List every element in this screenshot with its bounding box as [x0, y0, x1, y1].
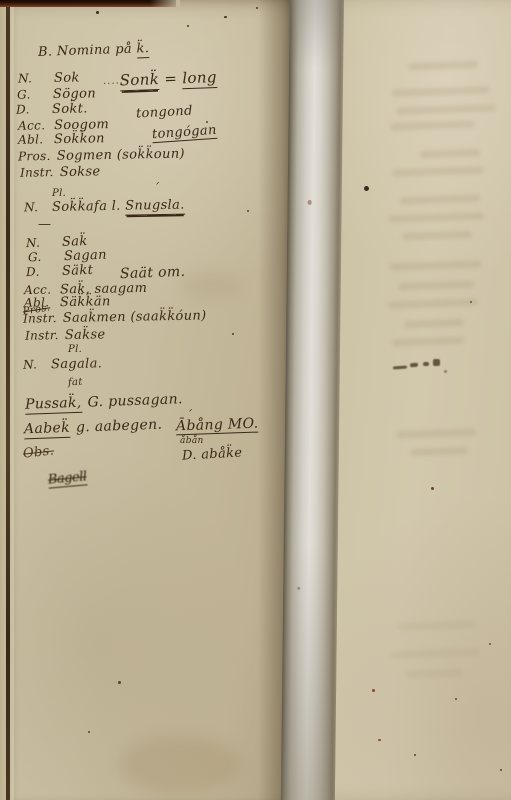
case-label: Pros. — [18, 150, 51, 163]
ink-showthrough-mark — [423, 362, 429, 366]
case-label: Acc. — [18, 119, 48, 132]
case-label: Acc. — [24, 284, 54, 297]
ink-speck — [256, 7, 258, 9]
margin-annotation: Ābång MO. — [176, 417, 259, 436]
interlinear-insertion: fat — [68, 378, 83, 389]
binding-cord-shading — [281, 0, 344, 800]
cord-spot — [308, 200, 312, 205]
gloss-word: Saät om. — [120, 265, 186, 281]
case-word: Säkt — [62, 263, 94, 279]
cord-spot — [297, 587, 300, 590]
ink-speck — [88, 731, 90, 733]
case-row: Abl.Sok̈k̈on — [18, 132, 105, 147]
margin-annotation-small: åbån — [180, 437, 204, 446]
manuscript-photo: B. Nomina på k̈. N.Sok G.Sögon D.Sok̈t. … — [0, 0, 511, 800]
case-label: D. — [26, 265, 56, 278]
case-row: Pros.Sogmen (sok̈k̈oun) — [18, 148, 185, 164]
foxing-spot — [489, 643, 491, 645]
cover-edge-band-fade — [150, 0, 180, 7]
note-text: G. pussagan. — [87, 391, 183, 410]
ink-speck — [247, 210, 249, 212]
note-headword: Pussak̈, — [25, 395, 82, 415]
case-word: Saak̈men (saak̈k̈óun) — [63, 308, 207, 326]
case-word: Sok̈t. — [52, 101, 88, 117]
foxing-spot — [500, 769, 502, 771]
ink-showthrough-mark — [444, 370, 447, 373]
case-row: N.Sok̈k̈afa l. Snugsla. — [24, 199, 185, 215]
foxing-spot — [470, 301, 472, 303]
case-label: Instr. — [20, 166, 54, 179]
case-word-underlined: Snugsla. — [125, 198, 185, 216]
gloss-leader-dots: .... — [103, 75, 120, 87]
ink-speck — [364, 186, 369, 191]
gloss-headword: Sonk̈ — [119, 70, 159, 91]
case-word: Sogmen (sok̈k̈oun) — [57, 147, 185, 164]
section-title-keyletter: k̈. — [136, 41, 149, 58]
foxing-spot — [431, 487, 434, 490]
case-label: N. — [26, 236, 56, 249]
foxing-spot — [378, 739, 381, 741]
case-row: Instr.Sak̈se — [25, 328, 106, 342]
case-label: D. — [16, 103, 46, 116]
case-row: G.Sagan — [28, 249, 107, 265]
foxing-spot — [455, 698, 457, 700]
ink-speck — [118, 681, 121, 684]
ink-speck — [232, 333, 234, 335]
binding-cord — [281, 0, 344, 800]
case-label: G. — [17, 88, 47, 101]
case-word: Sokse — [60, 164, 101, 180]
plural-heading: Pl. — [52, 189, 66, 199]
case-row: D.Säkt — [26, 264, 94, 279]
case-word: Sok — [54, 70, 80, 85]
case-label: Instr. — [25, 329, 59, 342]
case-word: Sagala. — [51, 356, 102, 372]
case-word: Sögon — [53, 86, 96, 102]
note-text: g. aabegen. — [76, 417, 163, 436]
note-headword: Aabek̈ — [24, 420, 71, 440]
accent-mark: ´ — [153, 182, 159, 194]
case-row: Instr.Sokse — [20, 165, 101, 179]
case-row: D.Sok̈t. — [16, 102, 88, 116]
case-label: G. — [28, 250, 58, 263]
gloss-equation: ....Sonk̈ = long — [103, 70, 217, 89]
case-word: Sok̈k̈on — [54, 131, 105, 147]
case-label: N. — [24, 201, 46, 213]
gloss-equals: = — [159, 69, 183, 88]
struck-note: Obs. — [22, 444, 54, 460]
gloss-word: tongond — [136, 105, 193, 121]
plural-heading: Pl. — [68, 345, 82, 355]
ink-speck — [187, 25, 189, 27]
gloss-definition: long — [182, 68, 217, 89]
ink-speck — [224, 16, 227, 18]
case-label: N. — [18, 72, 48, 85]
case-row: N.Sagala. — [23, 357, 102, 371]
foxing-spot — [372, 689, 375, 692]
case-row: Pros. Instr.Saak̈men (saak̈k̈óun) — [23, 309, 207, 325]
foxing-spot — [414, 754, 416, 756]
paper-stain — [180, 272, 240, 298]
paper-stain — [120, 735, 240, 795]
ink-showthrough-mark — [433, 359, 440, 366]
divider-dash: — — [38, 218, 51, 231]
page-edge-highlight — [10, 0, 14, 800]
case-label: N. — [23, 358, 45, 370]
ink-speck — [96, 11, 99, 14]
case-word: Sak̈se — [65, 327, 106, 343]
case-row: G.Sögon — [17, 87, 96, 101]
case-row: N.Sok — [18, 71, 80, 85]
case-label: Abl. — [18, 133, 48, 146]
case-word: Säk̈k̈än — [60, 294, 111, 310]
case-word: Sok̈k̈afa l. — [52, 199, 125, 215]
margin-annotation: D. abåk̈e — [182, 446, 243, 462]
section-title: B. Nomina på k̈. — [38, 42, 150, 59]
case-word: Sagan — [64, 248, 107, 264]
